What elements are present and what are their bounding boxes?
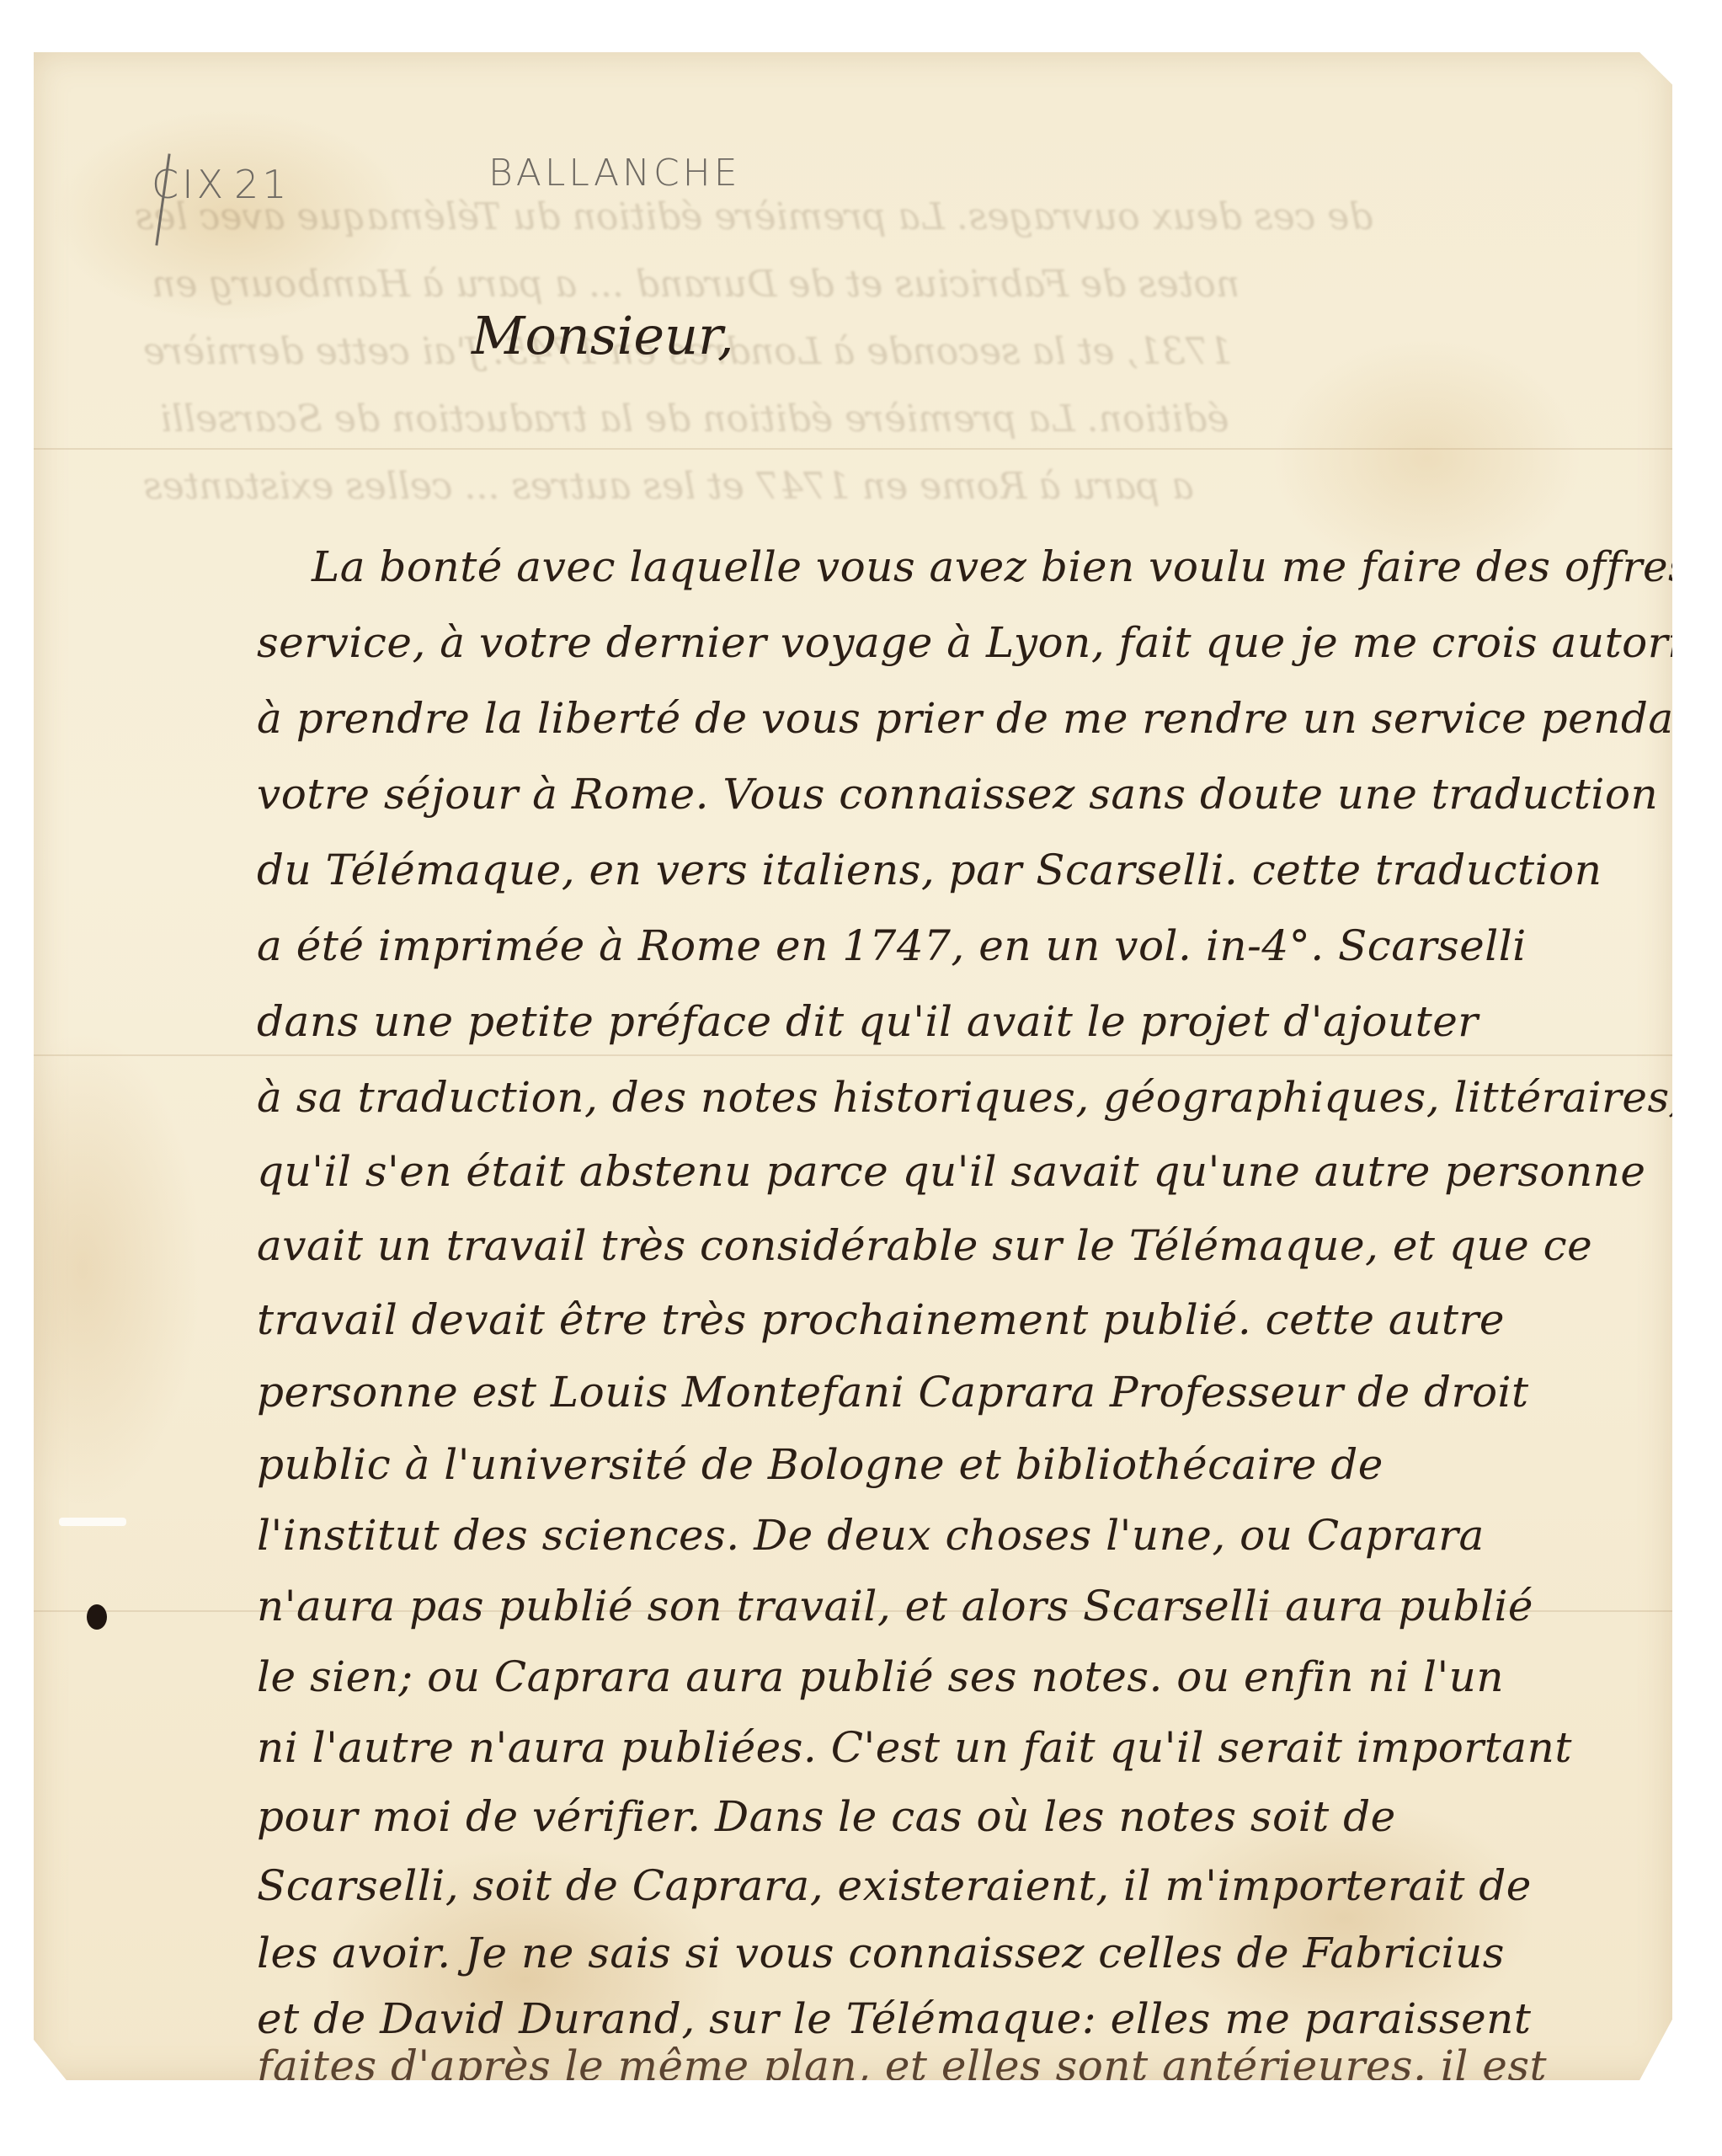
letter-line: du Télémaque, en vers italiens, par Scar…	[257, 846, 1602, 894]
letter-line: à prendre la liberté de vous prier de me…	[257, 694, 1719, 743]
letter-line: pour moi de vérifier. Dans le cas où les…	[257, 1792, 1396, 1841]
bleed-through-text: notes de Fabricius et de Durand ... a pa…	[152, 263, 1240, 306]
letter-line: dans une petite préface dit qu'il avait …	[257, 997, 1479, 1046]
fold-crease	[34, 1054, 1672, 1056]
archive-reference-number: 21	[234, 162, 291, 207]
letter-line: avait un travail très considérable sur l…	[257, 1221, 1592, 1270]
bleed-through-text: de ces deux ouvrages. La première éditio…	[135, 195, 1373, 238]
fold-crease	[34, 448, 1672, 450]
ink-blot	[87, 1604, 107, 1630]
letter-line: personne est Louis Montefani Caprara Pro…	[257, 1368, 1529, 1417]
bleed-through-text: édition. La première édition de la tradu…	[160, 398, 1229, 440]
letter-line: faites d'après le même plan, et elles so…	[257, 2041, 1547, 2090]
author-label: BALLANCHE	[488, 152, 741, 195]
letter-line: possible que les autres n'aient fait que…	[257, 2090, 1440, 2136]
letter-line: n'aura pas publié son travail, et alors …	[257, 1582, 1533, 1630]
letter-line: l'institut des sciences. De deux choses …	[257, 1511, 1485, 1560]
letter-line: Scarselli, soit de Caprara, existeraient…	[257, 1861, 1532, 1910]
letter-page: de ces deux ouvrages. La première éditio…	[34, 52, 1672, 2080]
letter-line: à sa traduction, des notes historiques, …	[257, 1073, 1722, 1122]
bleed-through-text: a paru à Rome en 1747 et les autres ... …	[143, 465, 1194, 508]
letter-line: service, à votre dernier voyage à Lyon, …	[257, 618, 1722, 667]
paper-tear	[59, 1518, 126, 1526]
letter-line: public à l'université de Bologne et bibl…	[257, 1440, 1383, 1489]
salutation: Monsieur,	[472, 305, 734, 366]
letter-line: les avoir. Je ne sais si vous connaissez…	[257, 1929, 1505, 1977]
letter-line: a été imprimée à Rome en 1747, en un vol…	[257, 921, 1527, 970]
letter-line: La bonté avec laquelle vous avez bien vo…	[312, 542, 1722, 591]
letter-line: votre séjour à Rome. Vous connaissez san…	[257, 770, 1658, 819]
letter-line: et de David Durand, sur le Télémaque: el…	[257, 1994, 1531, 2043]
letter-line: le sien; ou Caprara aura publié ses note…	[257, 1652, 1504, 1701]
letter-line: ni l'autre n'aura publiées. C'est un fai…	[257, 1723, 1572, 1772]
letter-line: qu'il s'en était abstenu parce qu'il sav…	[257, 1147, 1645, 1196]
letter-line: travail devait être très prochainement p…	[257, 1295, 1505, 1344]
